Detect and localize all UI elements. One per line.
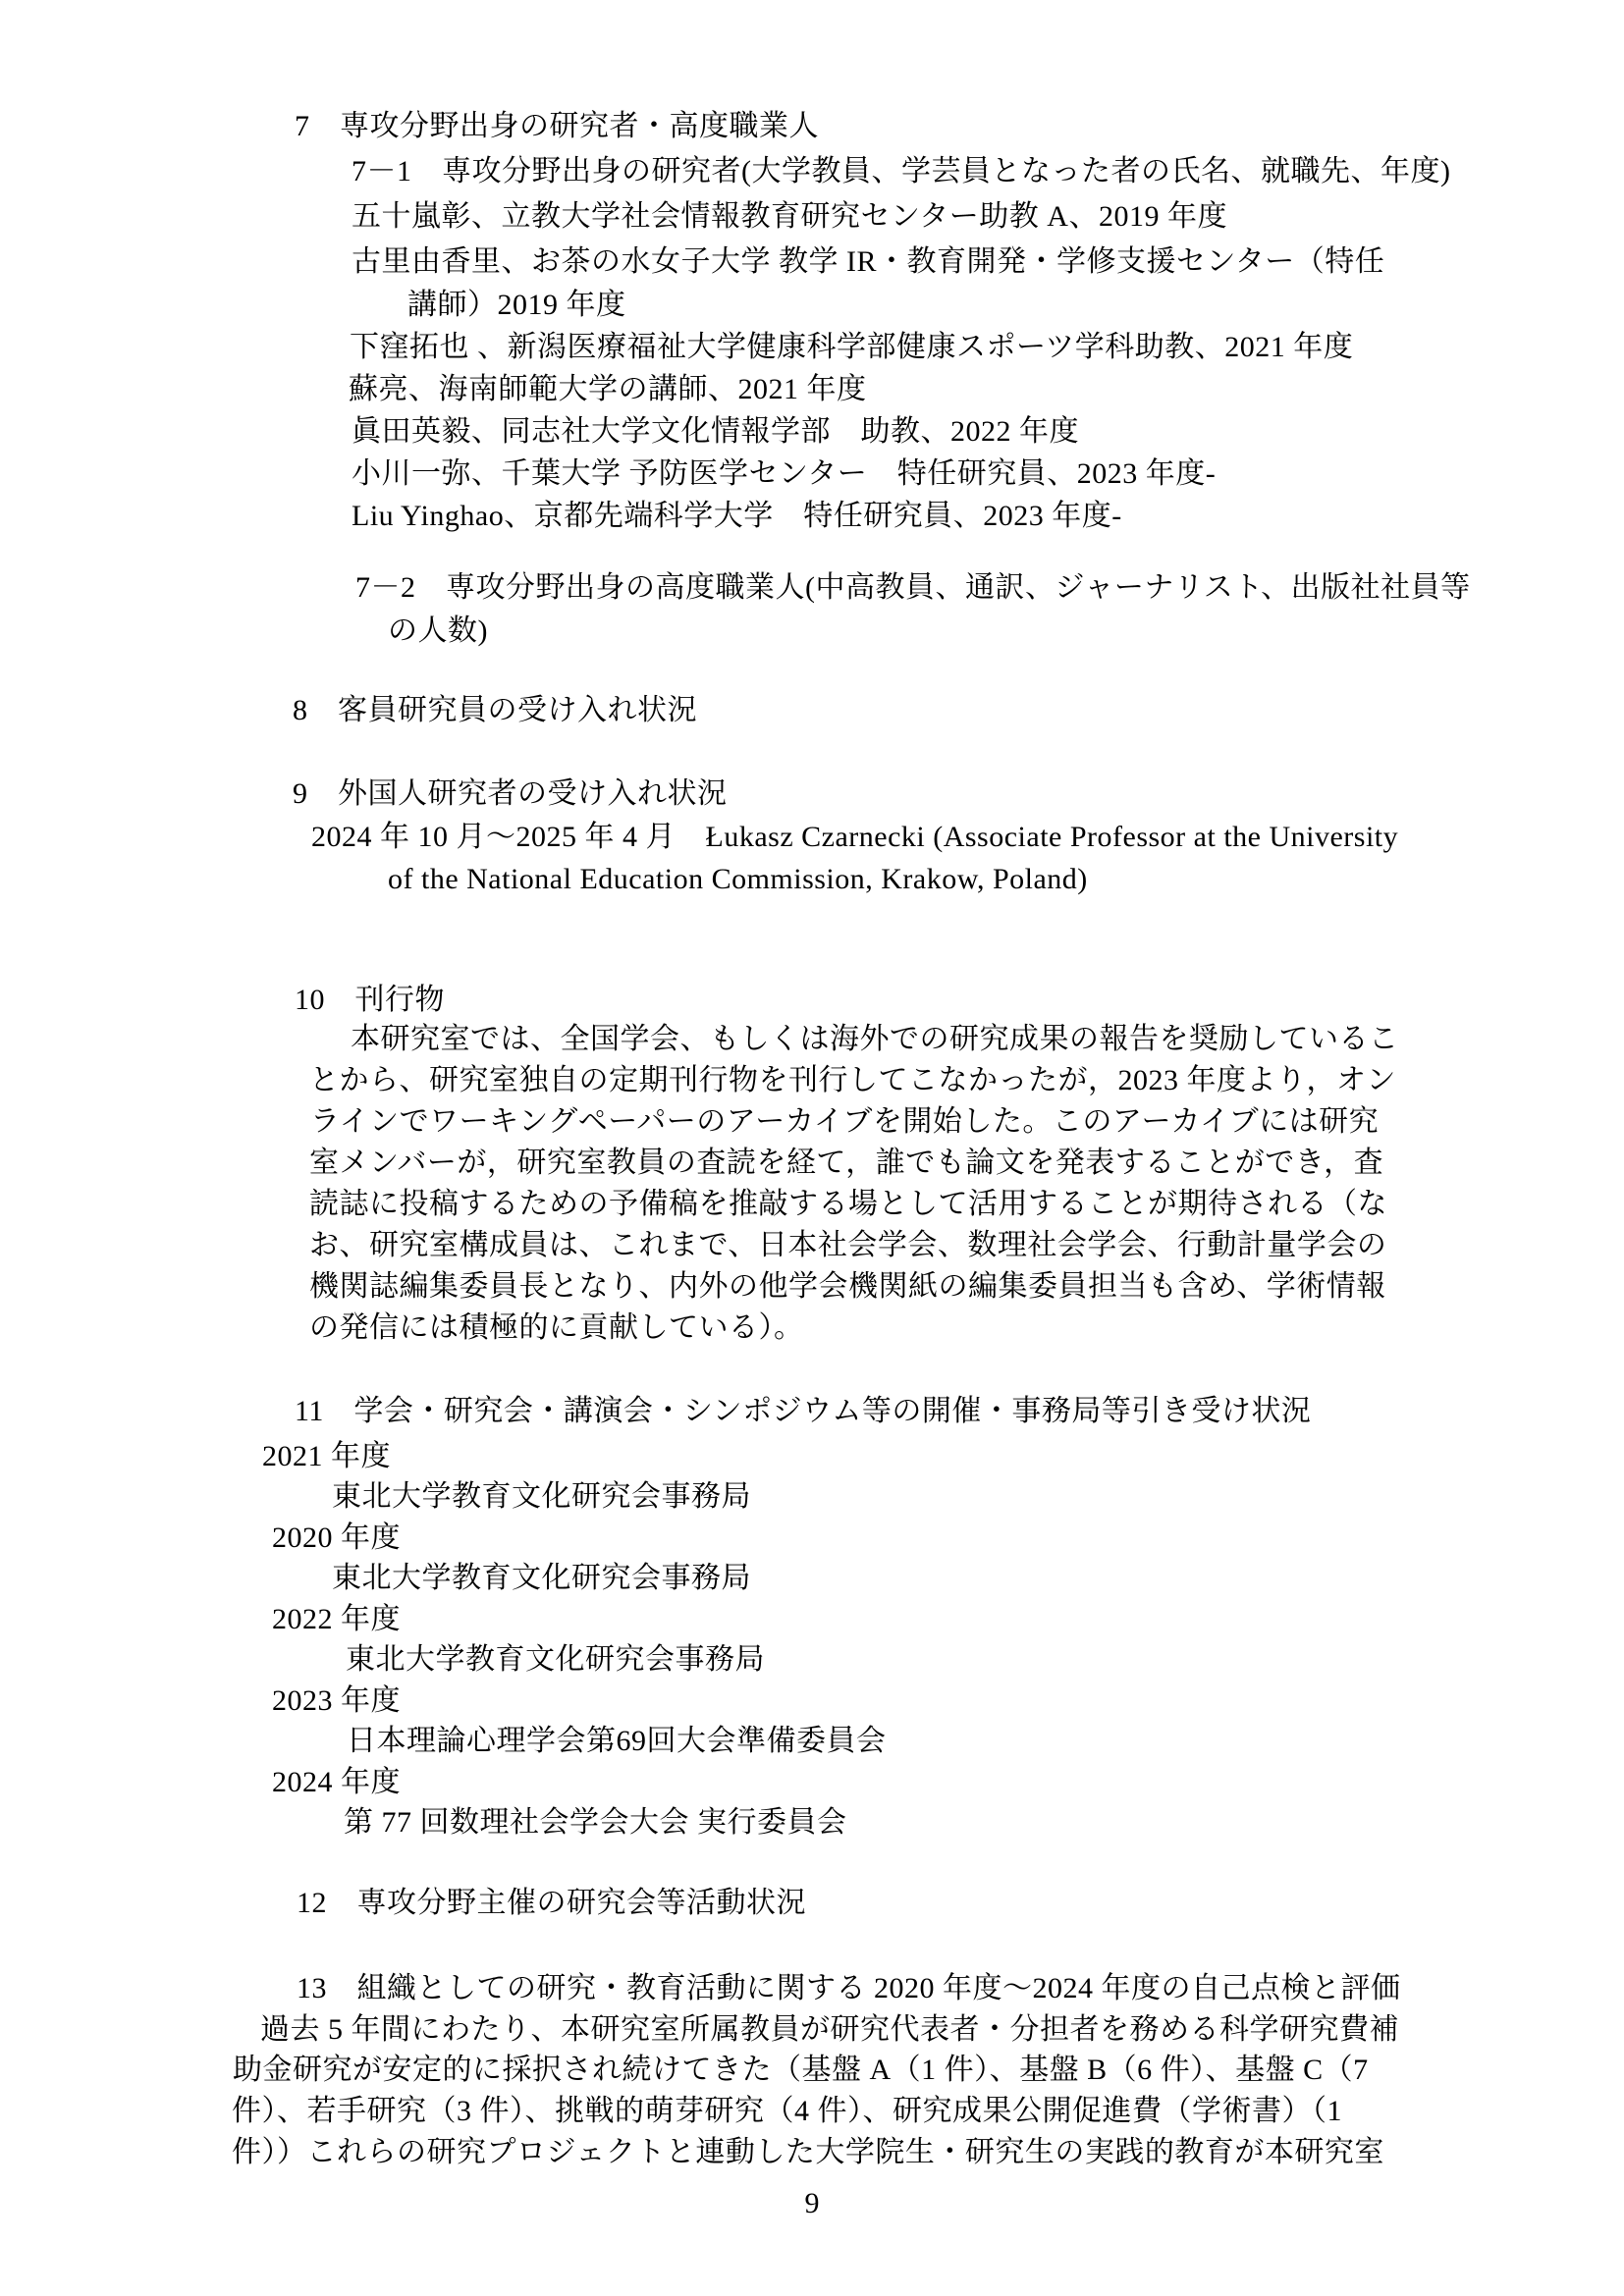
section-12-heading: 12 専攻分野主催の研究会等活動状況: [297, 1885, 806, 1922]
paragraph-line: お、研究室構成員は、これまで、日本社会学会、数理社会学会、行動計量学会の: [309, 1227, 1386, 1264]
organization-line: 第 77 回数理社会学会大会 実行委員会: [344, 1804, 847, 1842]
fiscal-year-label: 2022 年度: [272, 1601, 401, 1638]
visiting-researcher-line-continuation: of the National Education Commission, Kr…: [388, 861, 1088, 898]
researcher-entry: 蘇亮、海南師範大学の講師、2021 年度: [349, 371, 867, 408]
section-8-heading: 8 客員研究員の受け入れ状況: [293, 692, 697, 729]
document-page: 7 専攻分野出身の研究者・高度職業人 7－1 専攻分野出身の研究者(大学教員、学…: [0, 0, 1624, 2296]
researcher-entry: 古里由香里、お茶の水女子大学 教学 IR・教育開発・学修支援センター（特任: [352, 243, 1384, 281]
visiting-researcher-line: 2024 年 10 月～2025 年 4 月 Łukasz Czarnecki …: [311, 819, 1398, 856]
paragraph-line: 助金研究が安定的に採択され続けてきた（基盤 A（1 件）、基盤 B（6 件）、基…: [233, 2052, 1369, 2089]
paragraph-line: 件））これらの研究プロジェクトと連動した大学院生・研究生の実践的教育が本研究室: [232, 2134, 1384, 2171]
paragraph-line: とから、研究室独自の定期刊行物を刊行してこなかったが，2023 年度より，オン: [309, 1062, 1396, 1099]
researcher-entry: 五十嵐彰、立教大学社会情報教育研究センター助教 A、2019 年度: [352, 198, 1227, 236]
fiscal-year-label: 2024 年度: [272, 1764, 401, 1801]
section-10-heading: 10 刊行物: [295, 982, 445, 1019]
fiscal-year-label: 2023 年度: [272, 1682, 401, 1720]
organization-line: 日本理論心理学会第69回大会準備委員会: [347, 1723, 887, 1760]
organization-line: 東北大学教育文化研究会事務局: [346, 1641, 765, 1679]
section-11-heading: 11 学会・研究会・講演会・シンポジウム等の開催・事務局等引き受け状況: [295, 1393, 1311, 1430]
section-9-heading: 9 外国人研究者の受け入れ状況: [293, 775, 728, 813]
section-7-heading: 7 専攻分野出身の研究者・高度職業人: [295, 108, 819, 145]
organization-line: 東北大学教育文化研究会事務局: [332, 1560, 751, 1597]
researcher-entry: Liu Yinghao、京都先端科学大学 特任研究員、2023 年度-: [352, 498, 1122, 535]
section-13-heading: 13 組織としての研究・教育活動に関する 2020 年度～2024 年度の自己点…: [297, 1970, 1401, 2007]
section-7-1-heading: 7－1 専攻分野出身の研究者(大学教員、学芸員となった者の氏名、就職先、年度): [352, 153, 1450, 190]
section-7-2-heading-line-1: 7－2 専攻分野出身の高度職業人(中高教員、通訳、ジャーナリスト、出版社社員等: [355, 569, 1471, 607]
paragraph-line: 室メンバーが，研究室教員の査読を経て，誰でも論文を発表することができ，査: [309, 1145, 1383, 1182]
organization-line: 東北大学教育文化研究会事務局: [332, 1478, 751, 1516]
paragraph-line: 件）、若手研究（3 件）、挑戦的萌芽研究（4 件）、研究成果公開促進費（学術書）…: [232, 2093, 1342, 2130]
researcher-entry: 小川一弥、千葉大学 予防医学センター 特任研究員、2023 年度-: [352, 455, 1216, 493]
paragraph-line: ラインでワーキングペーパーのアーカイブを開始した。このアーカイブには研究: [310, 1103, 1379, 1141]
fiscal-year-label: 2020 年度: [272, 1520, 401, 1557]
researcher-entry-continuation: 講師）2019 年度: [407, 287, 626, 324]
paragraph-line: 過去 5 年間にわたり、本研究室所属教員が研究代表者・分担者を務める科学研究費補: [260, 2011, 1399, 2049]
paragraph-line: 機関誌編集委員長となり、内外の他学会機関紙の編集委員担当も含め、学術情報: [309, 1268, 1386, 1306]
paragraph-line: の発信には積極的に貢献している）。: [309, 1309, 804, 1347]
paragraph-line: 読誌に投稿するための予備稿を推敲する場として活用することが期待される（な: [309, 1186, 1387, 1223]
researcher-entry: 眞田英毅、同志社大学文化情報学部 助教、2022 年度: [352, 413, 1079, 451]
section-7-2-heading-line-2: の人数): [388, 613, 488, 650]
researcher-entry: 下窪拓也 、新潟医療福祉大学健康科学部健康スポーツ学科助教、2021 年度: [350, 329, 1353, 366]
paragraph-line: 本研究室では、全国学会、もしくは海外での研究成果の報告を奨励しているこ: [351, 1021, 1399, 1058]
fiscal-year-label: 2021 年度: [262, 1438, 391, 1475]
page-number: 9: [0, 2185, 1624, 2222]
